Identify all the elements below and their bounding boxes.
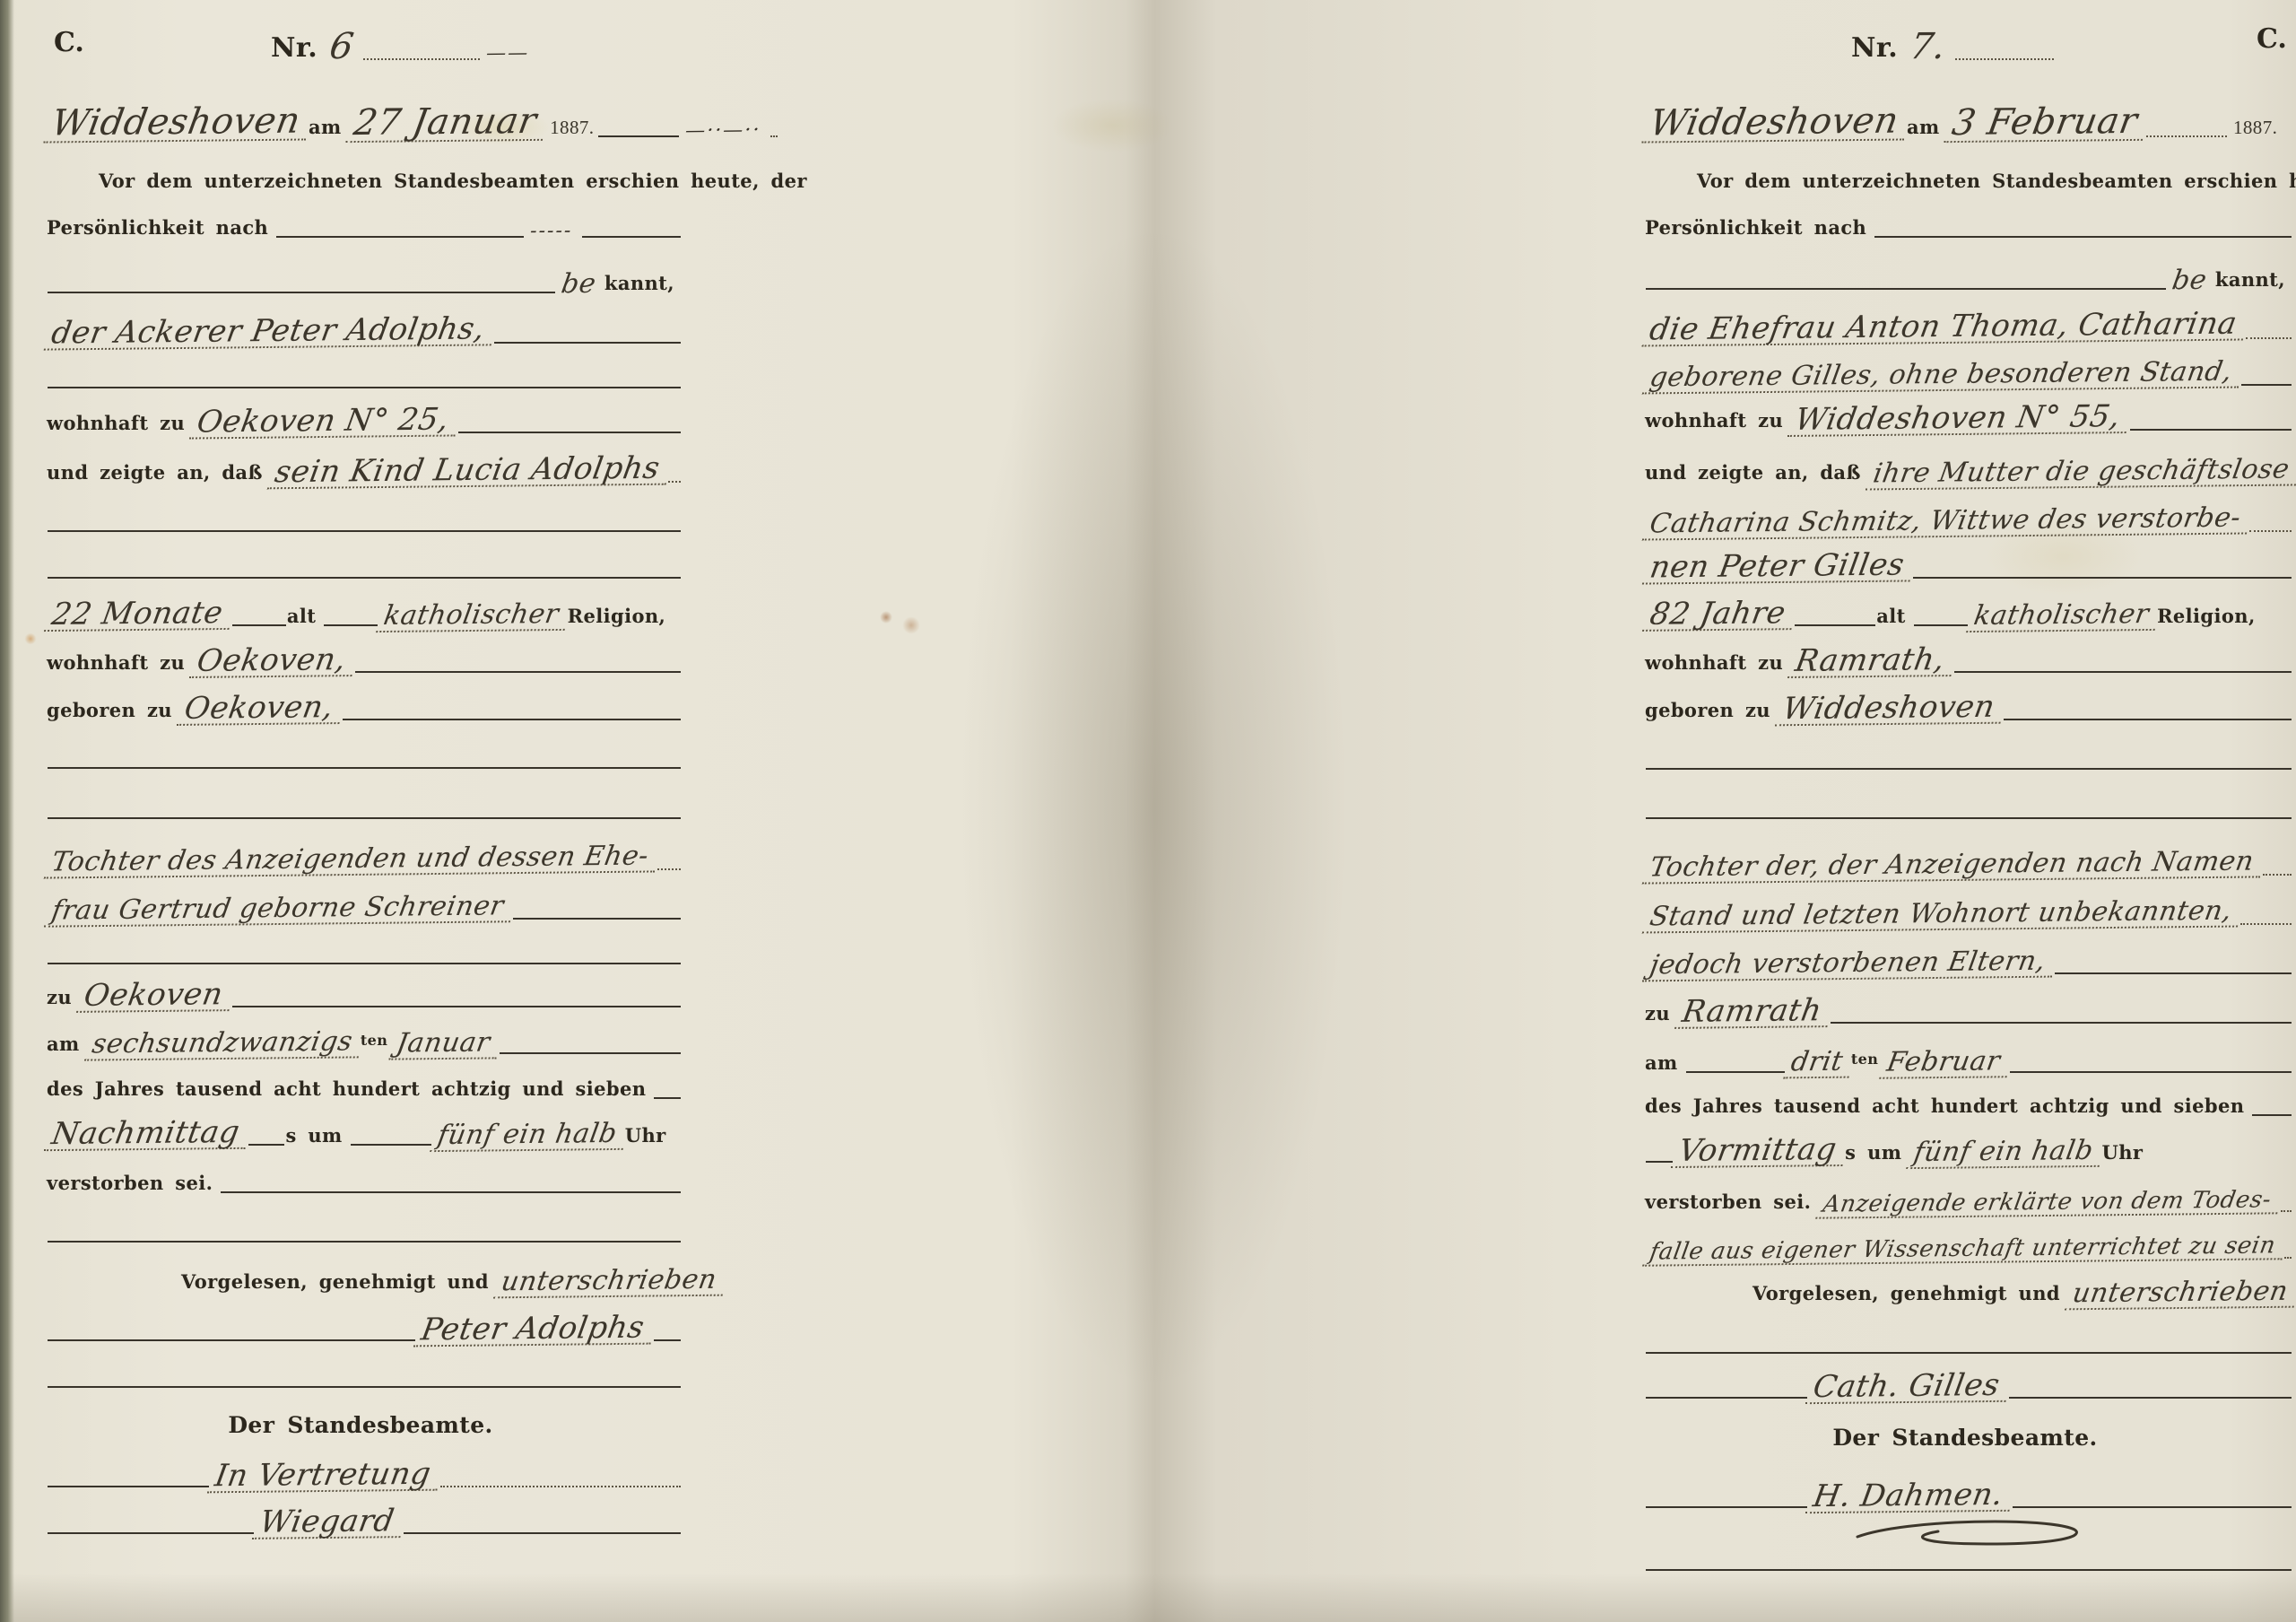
official-signature-row: Wiegard (47, 1493, 682, 1539)
am-label: am (1645, 1051, 1685, 1078)
dotted-rule (2249, 530, 2292, 532)
declarant-signature: Cath. Gilles (1805, 1371, 2011, 1405)
ink-dash: —··—·· (678, 122, 771, 143)
official-signature: H. Dahmen. (1805, 1480, 2014, 1514)
hour-handwritten: fünf ein halb (1907, 1138, 2105, 1168)
year-printed: 1887. (2228, 117, 2281, 143)
attest-row: Vorgelesen, genehmigt und unterschrieben (1645, 1264, 2292, 1309)
rule (1646, 768, 2292, 770)
birthplace-handwritten: Oekoven, (177, 693, 344, 726)
rule (48, 767, 681, 769)
residence2-handwritten: Oekoven, (189, 645, 357, 678)
declarant-handwritten: der Ackerer Peter Adolphs, (44, 314, 496, 351)
vorgelesen-label: Vorgelesen, genehmigt und (181, 1270, 496, 1297)
alt-label: alt (1876, 605, 1913, 632)
dotted-rule (1955, 58, 2054, 60)
residence-handwritten: Oekoven N° 25, (189, 405, 460, 439)
deceased-row-2: Catharina Schmitz, Wittwe des verstorbe- (1645, 488, 2292, 537)
nr-label: Nr. (271, 32, 325, 65)
residence2-row: wohnhaft zu Ramrath, (1645, 632, 2292, 678)
entry-number-value: 6 (322, 30, 365, 65)
birthplace-row: geboren zu Widdeshoven (1645, 678, 2292, 726)
rule (1914, 624, 1968, 626)
intro-printed: Vor dem unterzeichneten Standesbeamten e… (99, 170, 814, 196)
unterschrieben-handwritten: unterschrieben (2065, 1278, 2296, 1309)
relation-row-2: Stand und letzten Wohnort unbekannten, (1645, 881, 2292, 930)
zu-label: zu (1645, 1002, 1677, 1029)
death-place-row: zu Oekoven (47, 970, 682, 1013)
rule (2010, 1071, 2292, 1073)
daytime-handwritten: Vormittag (1671, 1135, 1848, 1168)
rule (355, 671, 681, 673)
rule (1686, 1071, 1785, 1073)
date-handwritten: 27 Januar (345, 104, 548, 143)
declarant1-handwritten: die Ehefrau Anton Thoma, Catharina (1641, 309, 2248, 346)
dotted-rule (2263, 874, 2292, 876)
blank-rule-row (1645, 726, 2292, 775)
place-date-row: Widdeshoven am 27 Januar 1887. —··—·· (47, 65, 682, 143)
residence-handwritten: Widdeshoven N° 55, (1787, 402, 2132, 437)
relation2-handwritten: Stand und letzten Wohnort unbekannten, (1642, 898, 2243, 932)
entry-number-row: Nr. 7. (1645, 13, 2292, 65)
rule (48, 1241, 681, 1243)
rule (48, 1486, 209, 1487)
dotted-rule (2246, 337, 2292, 339)
age-religion-row: 22 Monate alt katholischer Religion, (47, 584, 682, 632)
religion-handwritten: katholischer (377, 601, 570, 632)
bekannt-row: be kannt, (1645, 243, 2292, 295)
died-note-row: falle aus eigener Wissenschaft unterrich… (1645, 1217, 2292, 1264)
dotted-rule (363, 58, 480, 60)
rule (1646, 1352, 2292, 1354)
blank-rule-row (47, 537, 682, 584)
rule (221, 1191, 681, 1193)
residence2-row: wohnhaft zu Oekoven, (47, 632, 682, 678)
death-day-handwritten: drit (1783, 1049, 1854, 1077)
rule (1874, 236, 2292, 238)
rule (582, 236, 681, 238)
rule (48, 387, 681, 388)
rule (1646, 1161, 1673, 1163)
nr-label: Nr. (1851, 32, 1905, 65)
declarant-row-1: die Ehefrau Anton Thoma, Catharina (1645, 295, 2292, 344)
entry-nr6: Nr. 6 —— Widdeshoven am 27 Januar 1887. … (47, 13, 682, 1539)
signature-flourish (1852, 1517, 2085, 1549)
signature-flourish-row (1645, 1513, 2292, 1549)
intro-row: Vor dem unterzeichneten Standesbeamten e… (47, 143, 682, 196)
relation1-handwritten: Tochter der, der Anzeigenden nach Namen (1642, 849, 2265, 884)
official-signature: Wiegard (252, 1506, 405, 1539)
death-date-row: am drit ten Februar (1645, 1029, 2292, 1078)
residence2-handwritten: Ramrath, (1787, 645, 1956, 678)
geboren-label: geboren zu (1645, 699, 1778, 726)
ten-suffix-label: ten (1851, 1051, 1882, 1078)
rule (513, 918, 681, 920)
entry-number-row: Nr. 6 —— (47, 13, 682, 65)
rule (232, 1006, 681, 1007)
signature-row: Peter Adolphs (47, 1297, 682, 1347)
rule (276, 236, 524, 238)
dotted-rule (2240, 923, 2292, 925)
s-um-label: s um (285, 1124, 349, 1151)
wohnhaft-label: wohnhaft zu (47, 412, 192, 439)
be-handwritten: be (553, 271, 606, 298)
kannt-label: kannt, (2215, 268, 2292, 295)
rule (1646, 1569, 2292, 1571)
ink-dashes: ----- (523, 222, 583, 243)
blank-rule-row (47, 349, 682, 394)
report-row: und zeigte an, daß sein Kind Lucia Adolp… (47, 439, 682, 488)
uhr-label: Uhr (2101, 1141, 2150, 1168)
blank-rule-row (47, 774, 682, 824)
declarant2-handwritten: geborene Gilles, ohne besonderen Stand, (1642, 359, 2243, 393)
rule (500, 1052, 681, 1054)
rule (2241, 384, 2292, 386)
official-signature-row: H. Dahmen. (1645, 1455, 2292, 1513)
rule (1795, 624, 1875, 626)
persoenlichkeit-label: Persönlichkeit nach (47, 216, 275, 243)
declarant-row: der Ackerer Peter Adolphs, (47, 299, 682, 349)
birthplace-handwritten: Widdeshoven (1775, 692, 2006, 726)
death-place-row: zu Ramrath (1645, 980, 2292, 1029)
intro-row: Vor dem unterzeichneten Standesbeamten e… (1645, 143, 2292, 196)
entry-nr7: Nr. 7. Widdeshoven am 3 Februar 1887. Vo… (1645, 13, 2292, 1576)
age-handwritten: 22 Monate (44, 598, 234, 632)
rule (248, 1144, 284, 1146)
died-label: verstorben sei. (47, 1172, 220, 1199)
rule (1913, 577, 2292, 579)
blank-rule-row (47, 1347, 682, 1393)
rule (48, 530, 681, 532)
rule (598, 135, 679, 137)
rule (351, 1144, 431, 1146)
ten-suffix-label: ten (361, 1032, 391, 1060)
death-day-handwritten: sechsundzwanzigs (84, 1029, 363, 1060)
daytime-handwritten: Nachmittag (44, 1118, 251, 1152)
year-line-printed: des Jahres tausend acht hundert achtzig … (1645, 1094, 2251, 1121)
residence-row: wohnhaft zu Widdeshoven N° 55, (1645, 391, 2292, 436)
place-handwritten: Widdeshoven (1641, 103, 1909, 143)
birthplace-row: geboren zu Oekoven, (47, 678, 682, 726)
blank-rule-row (47, 925, 682, 970)
dotted-rule (440, 1486, 681, 1487)
rule (48, 292, 555, 293)
died-label: verstorben sei. (1645, 1190, 1818, 1217)
deceased-handwritten: sein Kind Lucia Adolphs (266, 453, 670, 489)
blank-rule-row (1645, 1309, 2292, 1359)
identity-row: Persönlichkeit nach (1645, 196, 2292, 243)
relation-row-1: Tochter der, der Anzeigenden nach Namen (1645, 824, 2292, 881)
registrar-row: Der Standesbeamte. (1645, 1404, 2292, 1455)
be-handwritten: be (2164, 267, 2217, 294)
death-date-row: am sechsundzwanzigs ten Januar (47, 1013, 682, 1060)
deceased3-handwritten: nen Peter Gilles (1642, 550, 1916, 584)
rule (404, 1532, 681, 1534)
year-line-printed: des Jahres tausend acht hundert achtzig … (47, 1077, 653, 1104)
zeigte-label: und zeigte an, daß (1645, 461, 1868, 488)
age-religion-row: 82 Jahre alt katholischer Religion, (1645, 584, 2292, 632)
deceased2-handwritten: Catharina Schmitz, Wittwe des verstorbe- (1642, 505, 2252, 540)
rule (343, 719, 681, 720)
am-label: am (309, 116, 349, 143)
declarant-row-2: geborene Gilles, ohne besonderen Stand, (1645, 344, 2292, 391)
residence-row: wohnhaft zu Oekoven N° 25, (47, 394, 682, 439)
date-handwritten: 3 Februar (1944, 104, 2149, 143)
unterschrieben-handwritten: unterschrieben (493, 1267, 727, 1297)
death-month-handwritten: Februar (1880, 1049, 2012, 1078)
died-note1-handwritten: Anzeigende erklärte von dem Todes- (1816, 1190, 2283, 1219)
entry-number-value: 7. (1902, 30, 1958, 65)
vertretung-row: In Vertretung (47, 1443, 682, 1493)
registrar-label: Der Standesbeamte. (228, 1412, 500, 1443)
geboren-label: geboren zu (47, 699, 179, 726)
book-edge (0, 0, 14, 1622)
death-place-handwritten: Ramrath (1674, 996, 1833, 1029)
am-label: am (1907, 116, 1947, 143)
blank-rule-row (1645, 775, 2292, 824)
rule (1646, 288, 2166, 290)
relation2-handwritten: frau Gertrud geborne Schreiner (44, 894, 515, 927)
zeigte-label: und zeigte an, daß (47, 461, 270, 488)
relation-row-1: Tochter des Anzeigenden und dessen Ehe- (47, 824, 682, 876)
time-row: Vormittag s um fünf ein halb Uhr (1645, 1121, 2292, 1168)
vorgelesen-label: Vorgelesen, genehmigt und (1752, 1282, 2067, 1309)
rule (494, 342, 681, 344)
died-note2-handwritten: falle aus eigener Wissenschaft unterrich… (1642, 1235, 2286, 1267)
rule (48, 1339, 415, 1341)
blank-rule-row (47, 726, 682, 774)
dotted-rule (2146, 135, 2227, 137)
rule (1646, 817, 2292, 819)
report-row: und zeigte an, daß ihre Mutter die gesch… (1645, 436, 2292, 488)
relation3-handwritten: jedoch verstorbenen Eltern, (1642, 948, 2057, 981)
dotted-rule (657, 868, 681, 870)
religion-handwritten: katholischer (1966, 601, 2160, 632)
rule (48, 577, 681, 579)
deceased1-handwritten: ihre Mutter die geschäftslose (1865, 457, 2296, 490)
rule (654, 1097, 681, 1099)
blank-rule-row (1645, 1549, 2292, 1576)
registrar-label: Der Standesbeamte. (1832, 1425, 2104, 1455)
relation-row-2: frau Gertrud geborne Schreiner (47, 876, 682, 925)
rule (1646, 1397, 1807, 1399)
deceased-row-3: nen Peter Gilles (1645, 537, 2292, 584)
s-um-label: s um (1845, 1141, 1909, 1168)
rule (1646, 1506, 1807, 1508)
blank-rule-row (47, 1199, 682, 1248)
year-line-row: des Jahres tausend acht hundert achtzig … (47, 1060, 682, 1104)
place-handwritten: Widdeshoven (43, 103, 311, 143)
dotted-rule (668, 481, 681, 483)
rule (48, 817, 681, 819)
died-row: verstorben sei. (47, 1151, 682, 1199)
zu-label: zu (47, 986, 79, 1013)
year-line-row: des Jahres tausend acht hundert achtzig … (1645, 1078, 2292, 1121)
rule (232, 624, 286, 626)
ink-dash: —— (479, 45, 540, 65)
identity-row: Persönlichkeit nach ----- (47, 196, 682, 243)
dotted-rule (770, 135, 778, 137)
religion-label: Religion, (568, 605, 674, 632)
kannt-label: kannt, (604, 272, 682, 299)
rule (1954, 671, 2292, 673)
rule (654, 1339, 681, 1341)
declarant-signature: Peter Adolphs (413, 1312, 656, 1347)
register-spread: C. C. Nr. 6 —— Widdeshoven am 27 Januar … (0, 0, 2296, 1622)
rule (1831, 1022, 2292, 1024)
dotted-rule (2281, 1210, 2292, 1212)
rule (48, 1386, 681, 1388)
rule (324, 624, 378, 626)
age-handwritten: 82 Jahre (1642, 598, 1796, 632)
rule (48, 1532, 254, 1534)
bekannt-row: be kannt, (47, 243, 682, 299)
time-row: Nachmittag s um fünf ein halb Uhr (47, 1104, 682, 1151)
place-date-row: Widdeshoven am 3 Februar 1887. (1645, 65, 2292, 143)
attest-row: Vorgelesen, genehmigt und unterschrieben (47, 1248, 682, 1297)
wohnhaft-label: wohnhaft zu (1645, 651, 1790, 678)
hour-handwritten: fünf ein halb (430, 1121, 628, 1151)
signature-row: Cath. Gilles (1645, 1359, 2292, 1404)
rule (2013, 1506, 2292, 1508)
rule (2004, 719, 2292, 720)
wohnhaft-label: wohnhaft zu (1645, 409, 1790, 436)
vertretung-handwritten: In Vertretung (207, 1459, 442, 1493)
died-row: verstorben sei. Anzeigende erklärte von … (1645, 1168, 2292, 1217)
wohnhaft-label: wohnhaft zu (47, 651, 192, 678)
persoenlichkeit-label: Persönlichkeit nach (1645, 216, 1874, 243)
religion-label: Religion, (2157, 605, 2263, 632)
rule (2055, 972, 2292, 974)
intro-printed: Vor dem unterzeichneten Standesbeamten e… (1697, 170, 2296, 196)
registrar-row: Der Standesbeamte. (47, 1393, 682, 1443)
relation1-handwritten: Tochter des Anzeigenden und dessen Ehe- (44, 843, 659, 878)
death-place-handwritten: Oekoven (76, 980, 234, 1013)
blank-rule-row (47, 488, 682, 537)
dotted-rule (2284, 1257, 2292, 1259)
rule (458, 432, 681, 433)
rule (2009, 1397, 2292, 1399)
year-printed: 1887. (544, 117, 597, 143)
rule (2130, 429, 2292, 431)
alt-label: alt (287, 605, 324, 632)
am-label: am (47, 1033, 87, 1060)
rule (48, 963, 681, 964)
rule (2252, 1114, 2292, 1116)
uhr-label: Uhr (625, 1124, 674, 1151)
death-month-handwritten: Januar (389, 1030, 501, 1060)
relation-row-3: jedoch verstorbenen Eltern, (1645, 930, 2292, 980)
